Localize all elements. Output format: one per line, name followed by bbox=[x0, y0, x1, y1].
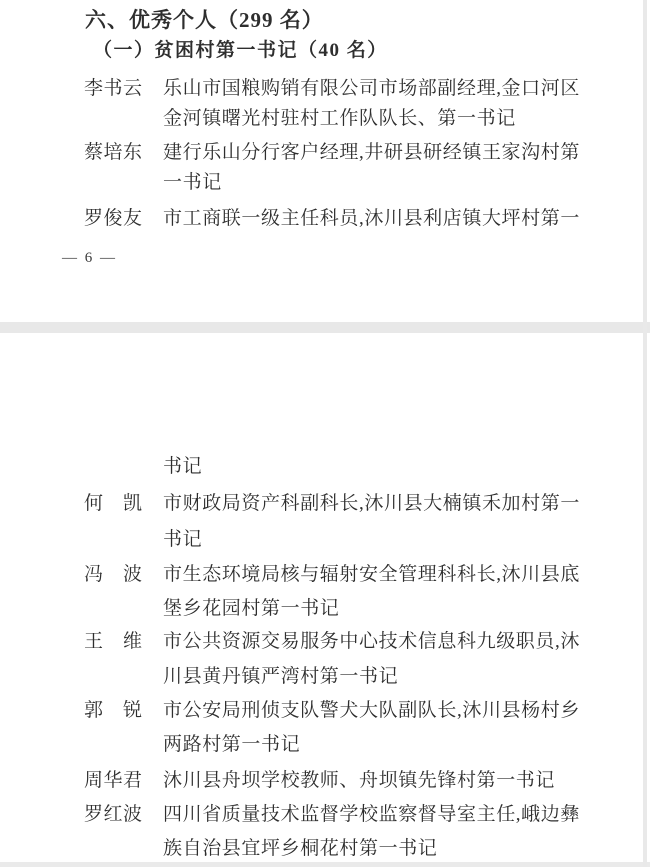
entry-text: 市公安局刑侦支队警犬大队副队长,沐川县杨村乡 bbox=[163, 700, 580, 722]
entry-text: 书记 bbox=[163, 529, 202, 551]
entry-line: 周华君 沐川县舟坝学校教师、舟坝镇先锋村第一书记 bbox=[0, 770, 650, 792]
entry-name: 周华君 bbox=[84, 770, 143, 792]
document-viewer: 六、优秀个人（299 名） （一）贫困村第一书记（40 名） 李书云 乐山市国粮… bbox=[0, 0, 650, 867]
entry-line: 金河镇曙光村驻村工作队队长、第一书记 bbox=[0, 108, 650, 130]
entry-text: 书记 bbox=[163, 456, 202, 478]
subsection-heading: （一）贫困村第一书记（40 名） bbox=[93, 35, 388, 62]
entry-line: 书记 bbox=[0, 529, 650, 551]
page-edge-line bbox=[643, 0, 647, 867]
entry-line: 一书记 bbox=[0, 172, 650, 194]
entry-text: 族自治县宜坪乡桐花村第一书记 bbox=[163, 838, 437, 860]
entry-text: 金河镇曙光村驻村工作队队长、第一书记 bbox=[163, 108, 516, 130]
entry-name: 何 凯 bbox=[84, 493, 143, 515]
entry-line: 两路村第一书记 bbox=[0, 734, 650, 756]
entry-name: 冯 波 bbox=[84, 564, 143, 586]
entry-text: 市生态环境局核与辐射安全管理科科长,沐川县底 bbox=[163, 564, 580, 586]
entry-name: 罗俊友 bbox=[84, 208, 143, 230]
page-number: — 6 — bbox=[62, 250, 117, 267]
entry-line: 王 维 市公共资源交易服务中心技术信息科九级职员,沐 bbox=[0, 631, 650, 653]
entry-line: 何 凯 市财政局资产科副科长,沐川县大楠镇禾加村第一 bbox=[0, 493, 650, 515]
entry-text: 川县黄丹镇严湾村第一书记 bbox=[163, 666, 398, 688]
section-heading: 六、优秀个人（299 名） bbox=[85, 4, 324, 34]
entry-text: 市工商联一级主任科员,沐川县利店镇大坪村第一 bbox=[163, 208, 580, 230]
entry-text: 一书记 bbox=[163, 172, 222, 194]
entry-line: 书记 bbox=[0, 456, 650, 478]
entry-text: 沐川县舟坝学校教师、舟坝镇先锋村第一书记 bbox=[163, 770, 555, 792]
entry-text: 乐山市国粮购销有限公司市场部副经理,金口河区 bbox=[163, 78, 580, 100]
entry-line: 冯 波 市生态环境局核与辐射安全管理科科长,沐川县底 bbox=[0, 564, 650, 586]
entry-name: 李书云 bbox=[84, 78, 143, 100]
entry-text: 四川省质量技术监督学校监察督导室主任,峨边彝 bbox=[163, 804, 580, 826]
page-separator bbox=[0, 322, 650, 333]
entry-name: 王 维 bbox=[84, 631, 143, 653]
entry-text: 建行乐山分行客户经理,井研县研经镇王家沟村第 bbox=[163, 142, 580, 164]
entry-line: 蔡培东 建行乐山分行客户经理,井研县研经镇王家沟村第 bbox=[0, 142, 650, 164]
entry-line: 族自治县宜坪乡桐花村第一书记 bbox=[0, 838, 650, 860]
entry-name: 罗红波 bbox=[84, 804, 143, 826]
entry-text: 堡乡花园村第一书记 bbox=[163, 598, 339, 620]
entry-line: 堡乡花园村第一书记 bbox=[0, 598, 650, 620]
entry-line: 川县黄丹镇严湾村第一书记 bbox=[0, 666, 650, 688]
entry-line: 罗俊友 市工商联一级主任科员,沐川县利店镇大坪村第一 bbox=[0, 208, 650, 230]
entry-text: 两路村第一书记 bbox=[163, 734, 300, 756]
entry-text: 市公共资源交易服务中心技术信息科九级职员,沐 bbox=[163, 631, 580, 653]
entry-name: 郭 锐 bbox=[84, 700, 143, 722]
bottom-page-separator bbox=[0, 862, 650, 867]
entry-name: 蔡培东 bbox=[84, 142, 143, 164]
entry-line: 李书云 乐山市国粮购销有限公司市场部副经理,金口河区 bbox=[0, 78, 650, 100]
entry-line: 郭 锐 市公安局刑侦支队警犬大队副队长,沐川县杨村乡 bbox=[0, 700, 650, 722]
entry-line: 罗红波 四川省质量技术监督学校监察督导室主任,峨边彝 bbox=[0, 804, 650, 826]
entry-text: 市财政局资产科副科长,沐川县大楠镇禾加村第一 bbox=[163, 493, 580, 515]
